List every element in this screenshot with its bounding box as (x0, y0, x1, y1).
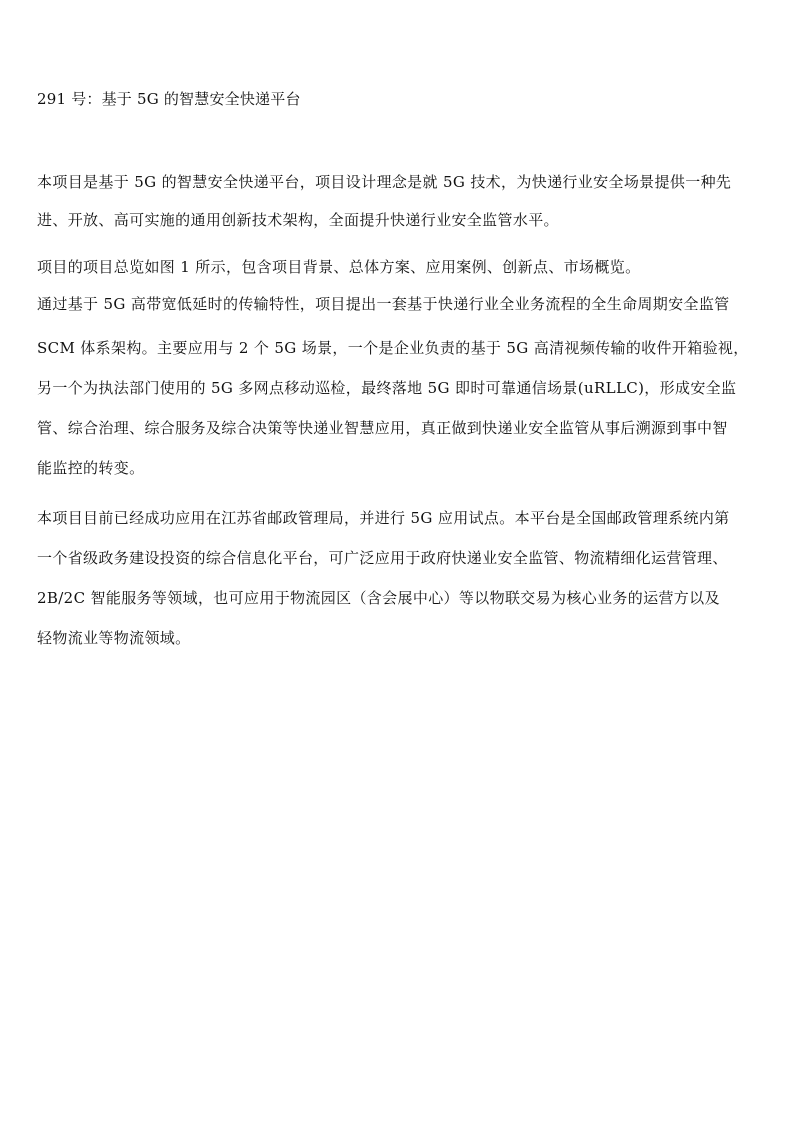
paragraph-3-line-2: SCM 体系架构。主要应用与 2 个 5G 场景，一个是企业负责的基于 5G 高… (37, 337, 749, 359)
document-title: 291 号：基于 5G 的智慧安全快递平台 (37, 88, 301, 110)
paragraph-2-line-1: 项目的项目总览如图 1 所示，包含项目背景、总体方案、应用案例、创新点、市场概览… (37, 256, 640, 278)
paragraph-3-line-4: 管、综合治理、综合服务及综合决策等快递业智慧应用，真正做到快递业安全监管从事后溯… (37, 417, 728, 439)
paragraph-4-line-1: 本项目目前已经成功应用在江苏省邮政管理局，并进行 5G 应用试点。本平台是全国邮… (37, 507, 730, 529)
document-page: 291 号：基于 5G 的智慧安全快递平台 本项目是基于 5G 的智慧安全快递平… (0, 0, 800, 1131)
paragraph-1-line-1: 本项目是基于 5G 的智慧安全快递平台，项目设计理念是就 5G 技术，为快递行业… (37, 171, 731, 193)
paragraph-4-line-4: 轻物流业等物流领域。 (37, 627, 191, 649)
paragraph-3-line-5: 能监控的转变。 (37, 457, 144, 479)
paragraph-3-line-1: 通过基于 5G 高带宽低延时的传输特性，项目提出一套基于快递行业全业务流程的全生… (37, 293, 730, 315)
paragraph-4-line-3: 2B/2C 智能服务等领域，也可应用于物流园区（含会展中心）等以物联交易为核心业… (37, 587, 720, 609)
paragraph-3-line-3: 另一个为执法部门使用的 5G 多网点移动巡检，最终落地 5G 即时可靠通信场景(… (37, 377, 736, 399)
paragraph-1-line-2: 进、开放、高可实施的通用创新技术架构，全面提升快递行业安全监管水平。 (37, 209, 559, 231)
paragraph-4-line-2: 一个省级政务建设投资的综合信息化平台，可广泛应用于政府快递业安全监管、物流精细化… (37, 547, 728, 569)
